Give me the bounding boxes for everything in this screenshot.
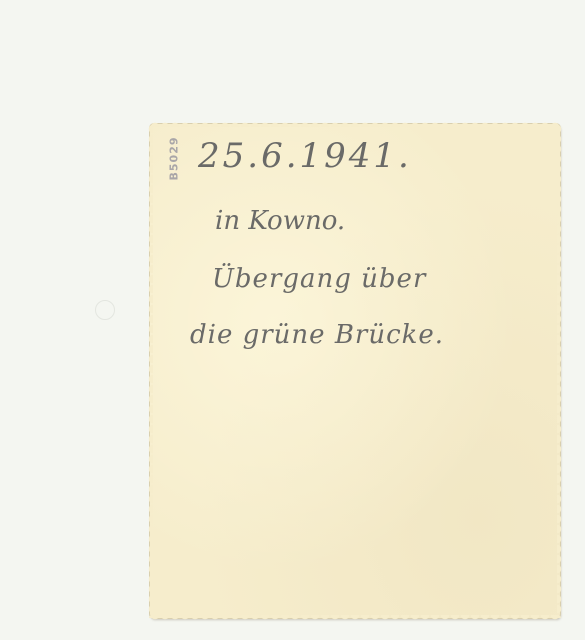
handwritten-place: in Kowno. [215, 206, 345, 236]
handwritten-line-3: Übergang über [212, 264, 426, 294]
handwritten-date: 25.6.1941. [198, 136, 412, 176]
deckled-edge-left [147, 124, 153, 618]
handwritten-line-4: die grüne Brücke. [190, 320, 444, 350]
deckled-edge-right [557, 124, 563, 618]
deckled-edge-bottom [150, 615, 560, 621]
photo-back-card: B5029 25.6.1941. in Kowno. Übergang über… [150, 124, 560, 618]
deckled-edge-top [150, 121, 560, 127]
archive-stamp-number: B5029 [168, 137, 181, 181]
background-smudge [95, 300, 115, 320]
